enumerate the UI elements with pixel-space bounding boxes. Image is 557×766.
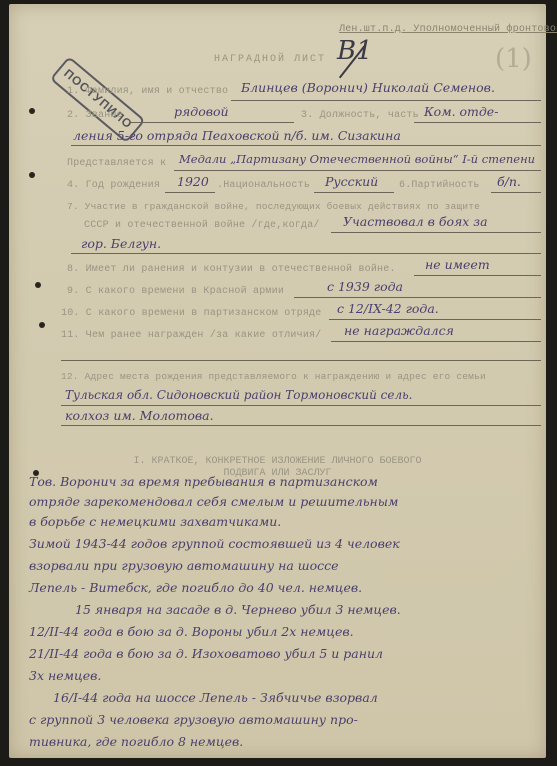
handwritten-mark: В1 — [337, 36, 373, 66]
underline — [71, 145, 541, 146]
underline — [165, 192, 215, 193]
field-10-label: 10. С какого времени в партизанском отря… — [61, 308, 321, 319]
underline — [294, 297, 541, 298]
field-1-label: 1. Фамилия, имя и отчество — [67, 86, 228, 97]
field-position-cont: ления 5-го отряда Пеаховской п/б. им. Си… — [73, 128, 401, 143]
field-7-label-a: 7. Участие в гражданской войне, последую… — [67, 201, 480, 212]
underline — [231, 100, 541, 101]
field-rank-value: рядовой — [174, 104, 229, 119]
narrative-line: Тов. Воронич за время пребывания в парти… — [29, 474, 378, 489]
underline — [61, 360, 541, 361]
punch-hole — [29, 108, 35, 114]
field-wounds-value: не имеет — [425, 257, 490, 272]
field-partisan-since-value: с 12/IX-42 года. — [337, 301, 439, 316]
underline — [491, 192, 541, 193]
field-address-value: Тульская обл. Сидоновский район Тормонов… — [65, 388, 412, 402]
field-party-value: б/п. — [497, 174, 521, 189]
underline — [129, 122, 294, 123]
underline — [314, 192, 394, 193]
field-position-value: Ком. отде- — [424, 104, 498, 119]
narrative-line: с группой 3 человека грузовую автомашину… — [29, 712, 358, 727]
punch-hole — [29, 172, 35, 178]
narrative-line: Зимой 1943-44 годов группой состоявшей и… — [29, 536, 400, 551]
award-sheet-paper: Лен.шт.п.д. Уполномоченный фронтовой ПОС… — [9, 4, 546, 758]
field-name-value: Блинцев (Воронич) Николай Семенов. — [241, 80, 495, 95]
punch-hole — [35, 282, 41, 288]
narrative-line: Лепель - Витебск, где погибло до 40 чел.… — [29, 580, 362, 595]
field-nationality-value: Русский — [325, 174, 378, 189]
underline — [61, 405, 541, 406]
field-9-label: 9. С какого времени в Красной армии — [67, 286, 284, 297]
narrative-line: отряде зарекомендовал себя смелым и реши… — [29, 494, 398, 509]
narrative-line: 21/II-44 года в бою за д. Изоховатово уб… — [29, 646, 383, 661]
field-4-label: 4. Год рождения — [67, 180, 160, 191]
underline — [71, 253, 541, 254]
field-birth-year-value: 1920 — [177, 174, 209, 189]
field-8-label: 8. Имеет ли ранения и контузии в отечест… — [67, 264, 396, 275]
header-note: Лен.шт.п.д. Уполномоченный фронтовой — [339, 24, 557, 35]
field-11-label: 11. Чем ранее награжден /за какие отличи… — [61, 330, 321, 341]
narrative-line: 12/II-44 года в бою за д. Вороны убил 2х… — [29, 624, 354, 639]
field-address-cont: колхоз им. Молотова. — [65, 408, 214, 423]
underline — [414, 122, 541, 123]
field-award-value: Медали „Партизану Отечественной войны“ I… — [179, 152, 535, 166]
field-7-label-b: СССР и отечественной войне /где,когда/ — [84, 220, 320, 231]
underline — [414, 275, 541, 276]
document-title: НАГРАДНОЙ ЛИСТ — [214, 54, 326, 65]
field-3-label: 3. Должность, часть — [301, 110, 419, 121]
field-12-label: 12. Адрес места рождения представляемого… — [61, 371, 486, 382]
field-6-label: 6.Партийность — [399, 180, 480, 191]
underline — [61, 425, 541, 426]
field-5-label: .Национальность — [217, 180, 310, 191]
underline — [331, 232, 541, 233]
narrative-line: взорвали при грузовую автомашину на шосс… — [29, 558, 339, 573]
section-title-line-1: I. КРАТКОЕ, КОНКРЕТНОЕ ИЗЛОЖЕНИЕ ЛИЧНОГО… — [9, 456, 546, 467]
underline — [174, 170, 541, 171]
narrative-line: 16/I-44 года на шоссе Лепель - Зябчичье … — [53, 690, 378, 705]
field-participation-value: Участвовал в боях за — [343, 214, 488, 229]
field-2-label: 2. Звание — [67, 110, 123, 121]
underline — [331, 341, 541, 342]
field-participation-cont: гор. Белгун. — [81, 236, 161, 251]
field-army-since-value: с 1939 года — [327, 279, 403, 294]
underline — [329, 319, 541, 320]
field-prior-awards-value: не награждался — [344, 323, 454, 338]
narrative-line: тивника, где погибло 8 немцев. — [29, 734, 243, 749]
narrative-line: 3х немцев. — [29, 668, 101, 683]
pencil-mark: (1) — [495, 44, 532, 74]
narrative-line: в борьбе с немецкими захватчиками. — [29, 514, 281, 529]
award-label: Представляется к — [67, 158, 166, 169]
punch-hole — [39, 322, 45, 328]
narrative-line: 15 января на засаде в д. Чернево убил 3 … — [75, 602, 401, 617]
